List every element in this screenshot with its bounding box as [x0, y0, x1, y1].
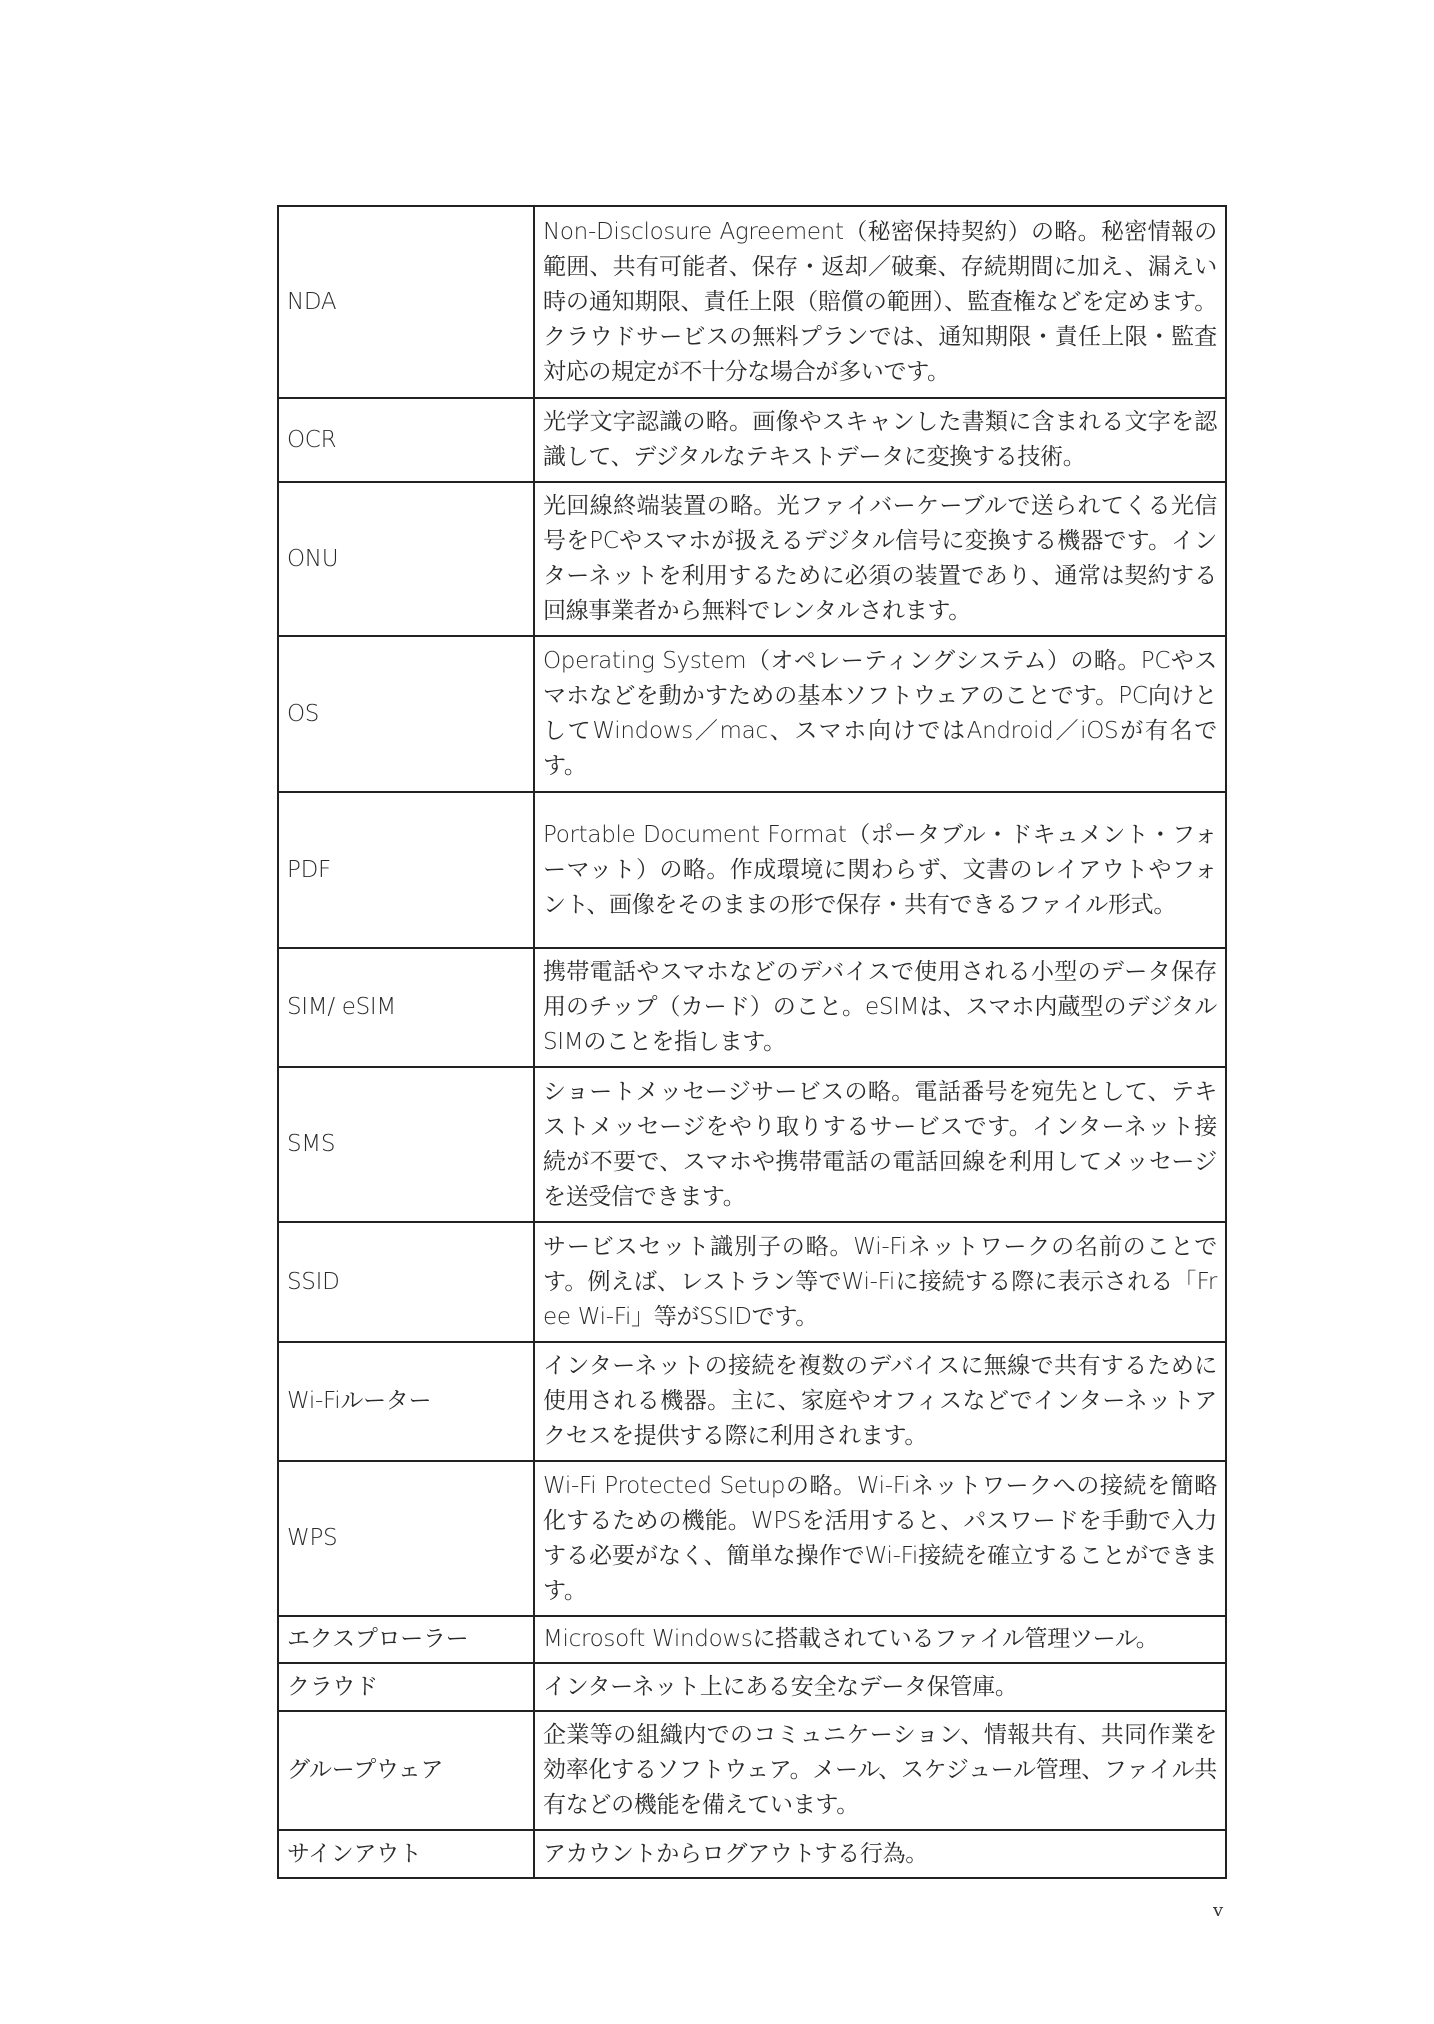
page-number: v — [1213, 1900, 1223, 1921]
glossary-definition: サービスセット識別子の略。Wi-Fiネットワークの名前のことです。例えば、レスト… — [534, 1222, 1226, 1342]
glossary-row: SSIDサービスセット識別子の略。Wi-Fiネットワークの名前のことです。例えば… — [278, 1222, 1226, 1342]
glossary-definition: 光学文字認識の略。画像やスキャンした書類に含まれる文字を認識して、デジタルなテキ… — [534, 398, 1226, 482]
glossary-term: サインアウト — [278, 1830, 534, 1878]
glossary-term: クラウド — [278, 1663, 534, 1711]
glossary-row: OCR光学文字認識の略。画像やスキャンした書類に含まれる文字を認識して、デジタル… — [278, 398, 1226, 482]
glossary-term: エクスプローラー — [278, 1616, 534, 1663]
glossary-row: PDFPortable Document Format（ポータブル・ドキュメント… — [278, 792, 1226, 948]
glossary-definition: Non-Disclosure Agreement（秘密保持契約）の略。秘密情報の… — [534, 206, 1226, 398]
glossary-definition: Wi-Fi Protected Setupの略。Wi-Fiネットワークへの接続を… — [534, 1461, 1226, 1616]
glossary-term: NDA — [278, 206, 534, 398]
glossary-row: OSOperating System（オペレーティングシステム）の略。PCやスマ… — [278, 636, 1226, 792]
glossary-row: クラウドインターネット上にある安全なデータ保管庫。 — [278, 1663, 1226, 1711]
glossary-term: SIM/ eSIM — [278, 948, 534, 1067]
glossary-definition: Operating System（オペレーティングシステム）の略。PCやスマホな… — [534, 636, 1226, 792]
glossary-term: WPS — [278, 1461, 534, 1616]
glossary-definition: アカウントからログアウトする行為。 — [534, 1830, 1226, 1878]
glossary-table: NDANon-Disclosure Agreement（秘密保持契約）の略。秘密… — [277, 205, 1227, 1879]
glossary-definition: インターネットの接続を複数のデバイスに無線で共有するために使用される機器。主に、… — [534, 1342, 1226, 1461]
glossary-definition: ショートメッセージサービスの略。電話番号を宛先として、テキストメッセージをやり取… — [534, 1067, 1226, 1222]
glossary-row: NDANon-Disclosure Agreement（秘密保持契約）の略。秘密… — [278, 206, 1226, 398]
glossary-row: SMSショートメッセージサービスの略。電話番号を宛先として、テキストメッセージを… — [278, 1067, 1226, 1222]
glossary-row: サインアウトアカウントからログアウトする行為。 — [278, 1830, 1226, 1878]
glossary-definition: Portable Document Format（ポータブル・ドキュメント・フォ… — [534, 792, 1226, 948]
glossary-row: WPSWi-Fi Protected Setupの略。Wi-Fiネットワークへの… — [278, 1461, 1226, 1616]
glossary-term: SSID — [278, 1222, 534, 1342]
glossary-term: ONU — [278, 482, 534, 636]
glossary-definition: 光回線終端装置の略。光ファイバーケーブルで送られてくる光信号をPCやスマホが扱え… — [534, 482, 1226, 636]
glossary-row: Wi-Fiルーターインターネットの接続を複数のデバイスに無線で共有するために使用… — [278, 1342, 1226, 1461]
glossary-definition: Microsoft Windowsに搭載されているファイル管理ツール。 — [534, 1616, 1226, 1663]
glossary-definition: 携帯電話やスマホなどのデバイスで使用される小型のデータ保存用のチップ（カード）の… — [534, 948, 1226, 1067]
glossary-term: OCR — [278, 398, 534, 482]
glossary-definition: 企業等の組織内でのコミュニケーション、情報共有、共同作業を効率化するソフトウェア… — [534, 1711, 1226, 1830]
glossary-term: SMS — [278, 1067, 534, 1222]
glossary-row: SIM/ eSIM携帯電話やスマホなどのデバイスで使用される小型のデータ保存用の… — [278, 948, 1226, 1067]
glossary-term: グループウェア — [278, 1711, 534, 1830]
glossary-term: Wi-Fiルーター — [278, 1342, 534, 1461]
glossary-row: グループウェア企業等の組織内でのコミュニケーション、情報共有、共同作業を効率化す… — [278, 1711, 1226, 1830]
glossary-term: PDF — [278, 792, 534, 948]
glossary-row: エクスプローラーMicrosoft Windowsに搭載されているファイル管理ツ… — [278, 1616, 1226, 1663]
glossary-term: OS — [278, 636, 534, 792]
glossary-definition: インターネット上にある安全なデータ保管庫。 — [534, 1663, 1226, 1711]
glossary-row: ONU光回線終端装置の略。光ファイバーケーブルで送られてくる光信号をPCやスマホ… — [278, 482, 1226, 636]
